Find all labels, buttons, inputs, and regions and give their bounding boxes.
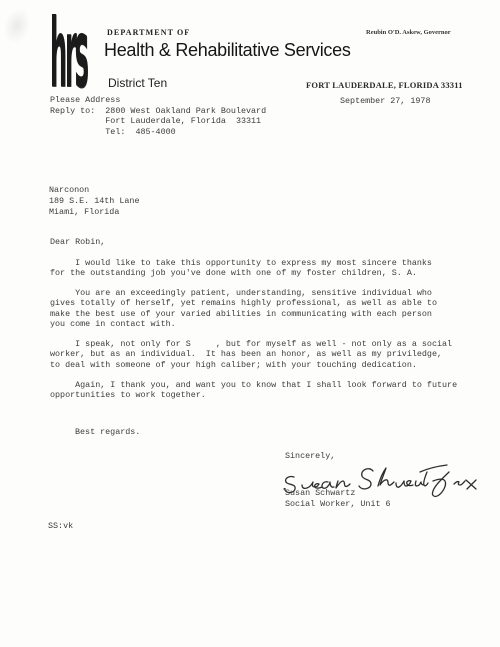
letter-date: September 27, 1978 [340,96,430,106]
body-paragraph-1: I would like to take this opportunity to… [50,258,432,279]
district-label: District Ten [108,76,167,90]
recipient-address-block: Narconon 189 S.E. 14th Lane Miami, Flori… [49,185,139,218]
governor-line: Reubin O'D. Askew, Governor [366,29,451,36]
letter-page: hrs Reubin O'D. Askew, Governor DEPARTME… [0,0,500,647]
typed-signer-name-and-title: Susan Schwartz Social Worker, Unit 6 [285,488,391,509]
agency-name-title: Health & Rehabilitative Services [104,40,351,61]
signature-stroke [359,469,373,489]
scan-smudge-mark [0,5,35,47]
department-of-label: DEPARTMENT OF [107,28,190,37]
signature-stroke [432,472,449,496]
salutation: Dear Robin, [50,237,105,247]
signature-stroke [378,468,394,486]
signature-stroke [396,481,413,488]
signature-stroke [424,472,428,486]
reference-initials: SS:vk [48,521,73,531]
signature-stroke [466,480,476,489]
body-paragraph-3: I speak, not only for S , but for myself… [50,339,452,370]
hrs-logo: hrs [50,6,92,92]
hrs-logo-text: hrs [50,6,87,100]
closing-phrase: Best regards. [75,427,140,437]
signature-stroke [454,481,465,485]
signature-stroke [336,481,350,488]
body-paragraph-4: Again, I thank you, and want you to know… [50,380,457,401]
office-city-line: FORT LAUDERDALE, FLORIDA 33311 [306,80,463,90]
signature-stroke [415,481,424,486]
signature-stroke [420,465,447,472]
body-paragraph-2: You are an exceedingly patient, understa… [50,288,437,329]
reply-address-block: Please Address Reply to: 2800 West Oakla… [50,95,266,137]
